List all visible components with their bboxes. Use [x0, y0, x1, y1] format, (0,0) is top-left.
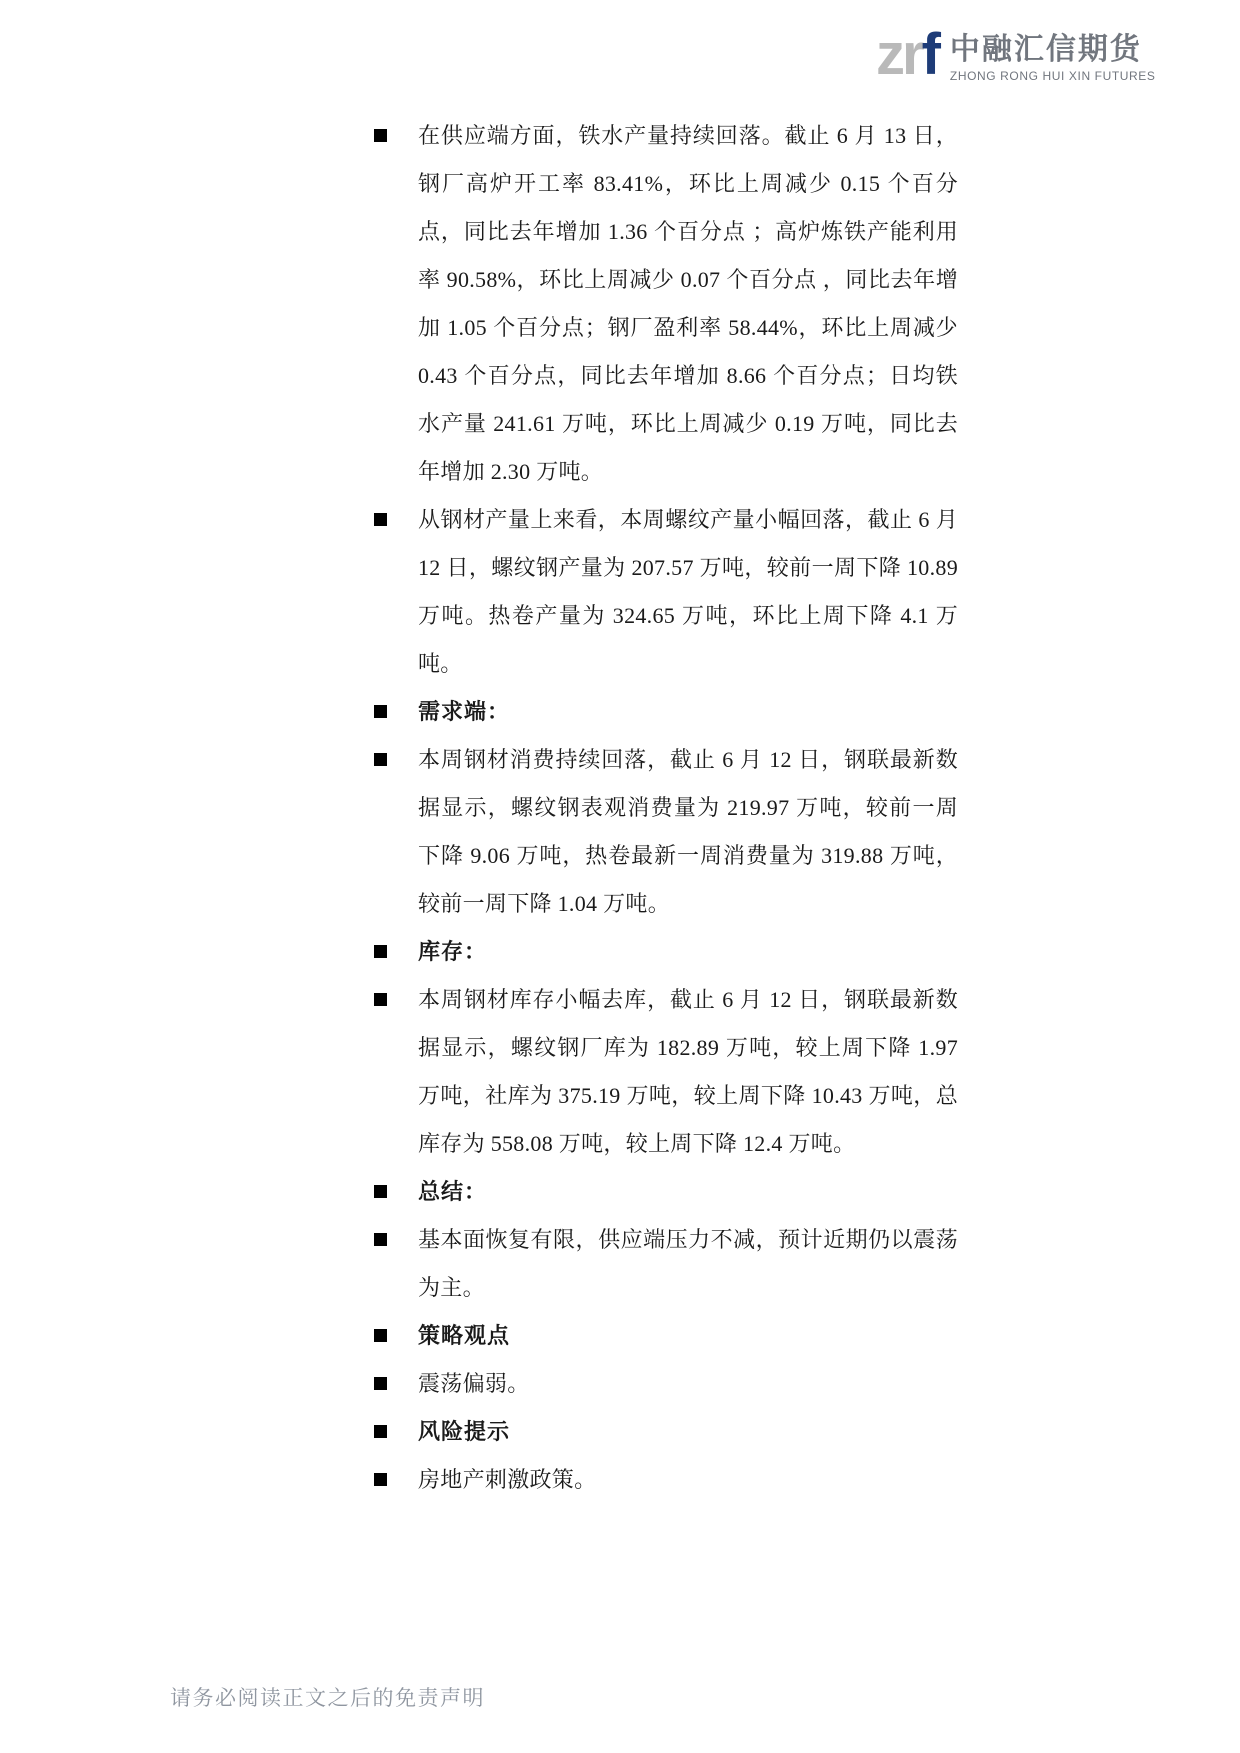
bullet-item: 基本面恢复有限，供应端压力不减，预计近期仍以震荡为主。 [418, 1216, 958, 1312]
bullet-item-text: 策略观点 [418, 1323, 510, 1348]
bullet-item-text: 从钢材产量上来看，本周螺纹产量小幅回落，截止 6 月 12 日，螺纹钢产量为 2… [418, 507, 958, 676]
square-bullet-icon [374, 1329, 387, 1342]
logo-zrf-monogram: zrf [876, 22, 938, 88]
company-logo: zrf 中融汇信期货 ZHONG RONG HUI XIN FUTURES [876, 22, 1156, 88]
square-bullet-icon [374, 1377, 387, 1390]
bullet-item: 策略观点 [418, 1312, 958, 1360]
bullet-list: 在供应端方面，铁水产量持续回落。截止 6 月 13 日，钢厂高炉开工率 83.4… [418, 112, 958, 1504]
logo-f-letter: f [922, 22, 938, 87]
square-bullet-icon [374, 1185, 387, 1198]
bullet-item: 需求端： [418, 688, 958, 736]
bullet-item: 从钢材产量上来看，本周螺纹产量小幅回落，截止 6 月 12 日，螺纹钢产量为 2… [418, 496, 958, 688]
logo-company-name-cn: 中融汇信期货 [950, 33, 1156, 67]
bullet-item: 风险提示 [418, 1408, 958, 1456]
bullet-item-text: 基本面恢复有限，供应端压力不减，预计近期仍以震荡为主。 [418, 1227, 958, 1300]
bullet-item: 库存： [418, 928, 958, 976]
square-bullet-icon [374, 705, 387, 718]
square-bullet-icon [374, 993, 387, 1006]
bullet-item-text: 风险提示 [418, 1419, 510, 1444]
logo-company-name-en: ZHONG RONG HUI XIN FUTURES [950, 69, 1156, 84]
bullet-item: 房地产刺激政策。 [418, 1456, 958, 1504]
square-bullet-icon [374, 753, 387, 766]
bullet-item-text: 总结： [418, 1179, 487, 1204]
square-bullet-icon [374, 945, 387, 958]
square-bullet-icon [374, 513, 387, 526]
bullet-item-text: 房地产刺激政策。 [418, 1467, 596, 1492]
bullet-item-text: 本周钢材库存小幅去库，截止 6 月 12 日，钢联最新数据显示，螺纹钢厂库为 1… [418, 987, 958, 1156]
bullet-item-text: 本周钢材消费持续回落，截止 6 月 12 日，钢联最新数据显示，螺纹钢表观消费量… [418, 747, 958, 916]
bullet-item: 在供应端方面，铁水产量持续回落。截止 6 月 13 日，钢厂高炉开工率 83.4… [418, 112, 958, 496]
square-bullet-icon [374, 129, 387, 142]
square-bullet-icon [374, 1473, 387, 1486]
bullet-item: 总结： [418, 1168, 958, 1216]
bullet-item-text: 库存： [418, 939, 487, 964]
bullet-item-text: 在供应端方面，铁水产量持续回落。截止 6 月 13 日，钢厂高炉开工率 83.4… [418, 123, 958, 484]
square-bullet-icon [374, 1425, 387, 1438]
report-page: zrf 中融汇信期货 ZHONG RONG HUI XIN FUTURES 在供… [0, 0, 1240, 1753]
bullet-item-text: 震荡偏弱。 [418, 1371, 530, 1396]
bullet-item: 震荡偏弱。 [418, 1360, 958, 1408]
footer-disclaimer: 请务必阅读正文之后的免责声明 [170, 1682, 485, 1712]
bullet-item: 本周钢材消费持续回落，截止 6 月 12 日，钢联最新数据显示，螺纹钢表观消费量… [418, 736, 958, 928]
bullet-item-text: 需求端： [418, 699, 510, 724]
bullet-item: 本周钢材库存小幅去库，截止 6 月 12 日，钢联最新数据显示，螺纹钢厂库为 1… [418, 976, 958, 1168]
logo-zr-letters: zr [876, 22, 922, 87]
square-bullet-icon [374, 1233, 387, 1246]
logo-text-column: 中融汇信期货 ZHONG RONG HUI XIN FUTURES [950, 27, 1156, 84]
